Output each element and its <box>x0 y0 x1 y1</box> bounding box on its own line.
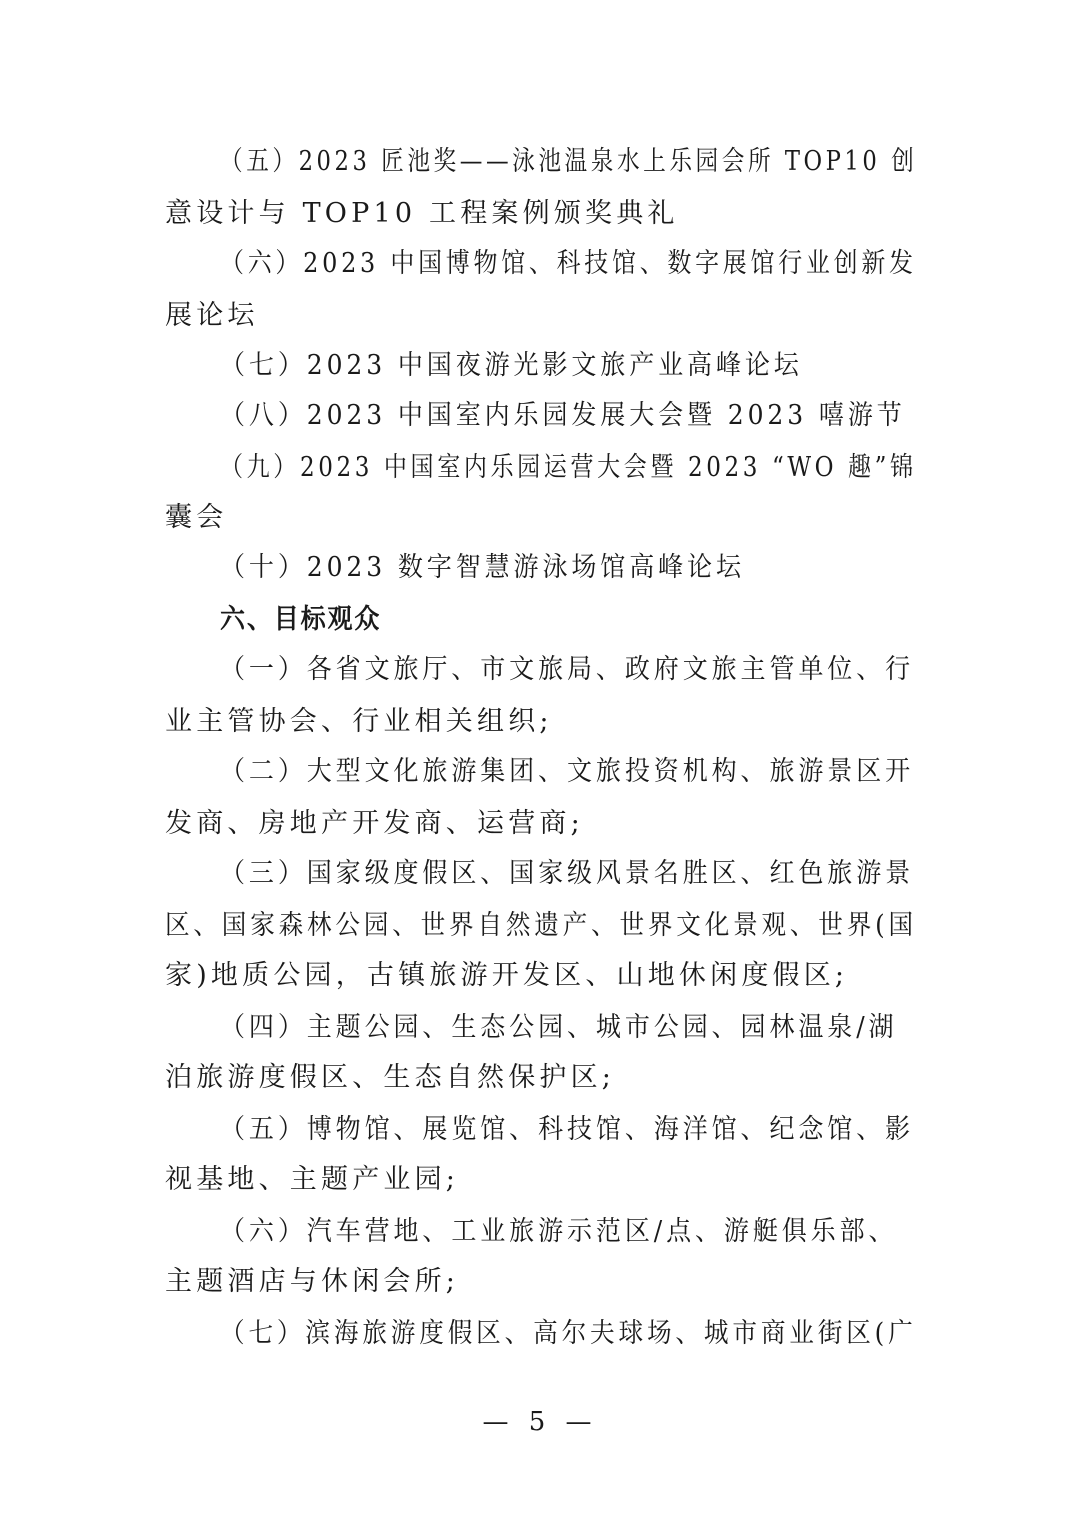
event-list-line: 囊会 <box>165 500 917 536</box>
audience-list-line: （六）汽车营地、工业旅游示范区/点、游艇俱乐部、 <box>220 1214 917 1250</box>
audience-list-line: 业主管协会、行业相关组织; <box>165 704 917 740</box>
audience-list-line: 主题酒店与休闲会所; <box>165 1264 917 1300</box>
event-list-line: 意设计与 TOP10 工程案例颁奖典礼 <box>165 196 917 232</box>
event-list-line: （八）2023 中国室内乐园发展大会暨 2023 嘻游节 <box>220 398 917 434</box>
audience-list-line: （四）主题公园、生态公园、城市公园、园林温泉/湖 <box>220 1010 917 1046</box>
audience-list-line: （三）国家级度假区、国家级风景名胜区、红色旅游景 <box>220 856 917 892</box>
audience-list-line: 泊旅游度假区、生态自然保护区; <box>165 1060 917 1096</box>
event-list-line: （六）2023 中国博物馆、科技馆、数字展馆行业创新发 <box>220 246 888 282</box>
event-list-line: （九）2023 中国室内乐园运营大会暨 2023 “WO 趣”锦 <box>220 450 862 486</box>
audience-list-line: 视基地、主题产业园; <box>165 1162 917 1198</box>
page-number: — 5 — <box>0 1405 1080 1439</box>
section-heading-target-audience: 六、目标观众 <box>220 602 917 638</box>
audience-list-line: （二）大型文化旅游集团、文旅投资机构、旅游景区开 <box>220 754 917 790</box>
audience-list-line: 家)地质公园，古镇旅游开发区、山地休闲度假区; <box>165 958 917 994</box>
audience-list-line: （七）滨海旅游度假区、高尔夫球场、城市商业街区(广 <box>220 1316 906 1352</box>
audience-list-line: 区、国家森林公园、世界自然遗产、世界文化景观、世界(国 <box>165 908 850 944</box>
event-list-line: 展论坛 <box>165 298 917 334</box>
audience-list-line: （一）各省文旅厅、市文旅局、政府文旅主管单位、行 <box>220 652 917 688</box>
event-list-line: （十）2023 数字智慧游泳场馆高峰论坛 <box>220 550 917 586</box>
event-list-line: （七）2023 中国夜游光影文旅产业高峰论坛 <box>220 348 917 384</box>
event-list-line: （五）2023 匠池奖——泳池温泉水上乐园会所 TOP10 创 <box>220 144 851 180</box>
audience-list-line: （五）博物馆、展览馆、科技馆、海洋馆、纪念馆、影 <box>220 1112 917 1148</box>
audience-list-line: 发商、房地产开发商、运营商; <box>165 806 917 842</box>
document-page: （五）2023 匠池奖——泳池温泉水上乐园会所 TOP10 创意设计与 TOP1… <box>0 0 1080 1527</box>
